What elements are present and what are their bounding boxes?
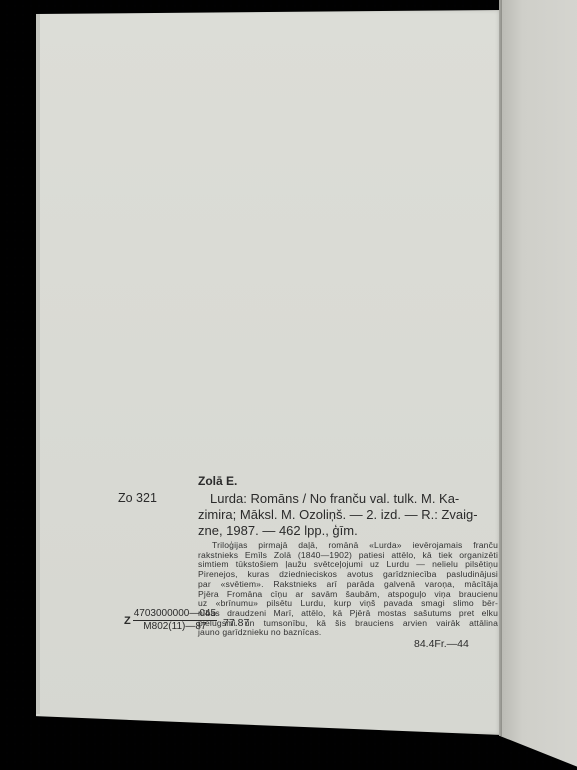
isbn-denominator: M802(11)—87 [143,621,206,633]
isbn-fraction: 4703000000—045 M802(11)—87 [133,608,217,633]
bib-line: zne, 1987. — 462 lpp., ģīm. [198,523,498,539]
facing-page [500,0,577,770]
classification-code: Zo 321 [118,491,157,505]
isbn-prefix: Z [124,615,131,627]
bbk-classification: 84.4Fr.—44 [414,638,469,650]
author-name: Zolā E. [198,474,237,488]
bib-line: zimira; Māksl. M. Ozoliņš. — 2. izd. — R… [198,507,498,523]
book-spine [499,0,502,736]
page-edge [36,14,40,714]
isbn-numerator: 4703000000—045 [133,608,217,621]
price-code: 77.87 [223,617,249,629]
bib-line: Lurda: Romāns / No franču val. tulk. M. … [198,491,498,507]
isbn-block: Z 4703000000—045 M802(11)—87 77.87 [124,608,249,633]
bibliographic-description: Lurda: Romāns / No franču val. tulk. M. … [198,491,498,539]
